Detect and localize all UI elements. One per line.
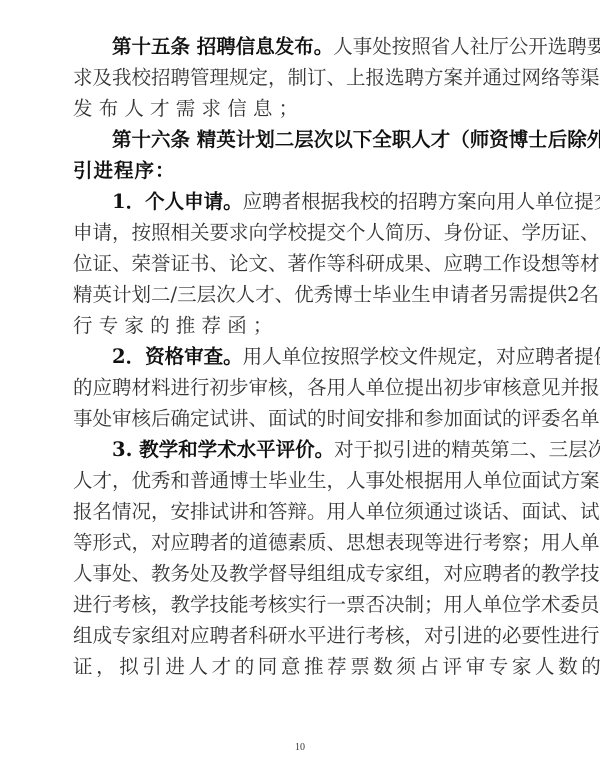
text-line: 证，拟引进人才的同意推荐票数须占评审专家人数的2/3以上， xyxy=(73,651,537,682)
text-line: 申请，按照相关要求向学校提交个人简历、身份证、学历证、学 xyxy=(73,217,537,248)
text-line: 等形式，对应聘者的道德素质、思想表现等进行考察；用人单位、 xyxy=(73,527,537,558)
text-run: 应聘者根据我校的招聘方案向用人单位提交 xyxy=(243,190,600,213)
article-16: 第十六条 精英计划二层次以下全职人才（师资博士后除外） 引进程序： xyxy=(73,124,537,186)
step-3-teaching-academic-evaluation: 3. 教学和学术水平评价。对于拟引进的精英第二、三层次 人才，优秀和普通博士毕业… xyxy=(73,434,537,682)
text-line: 行专家的推荐函； xyxy=(73,310,537,341)
text-line: 引进程序： xyxy=(73,155,537,186)
text-run: 人事处按照省人社厅公开选聘要 xyxy=(333,35,600,58)
text-line: 位证、荣誉证书、论文、著作等科研成果、应聘工作设想等材料； xyxy=(73,248,537,279)
step-1-personal-application: 1．个人申请。应聘者根据我校的招聘方案向用人单位提交 申请，按照相关要求向学校提… xyxy=(73,186,537,341)
text-run: 申请，按照相关要求向学校提交个人简历、身份证、学历证、学 xyxy=(73,221,600,244)
text-line: 进行考核，教学技能考核实行一票否决制；用人单位学术委员会 xyxy=(73,589,537,620)
text-line: 报名情况，安排试讲和答辩。用人单位须通过谈话、面试、试讲 xyxy=(73,496,537,527)
text-run: 进行考核，教学技能考核实行一票否决制；用人单位学术委员会 xyxy=(73,593,600,616)
text-run: 发布人才需求信息； xyxy=(73,97,304,120)
article-heading: 第十五条 招聘信息发布。 xyxy=(112,35,333,58)
text-line: 求及我校招聘管理规定，制订、上报选聘方案并通过网络等渠道 xyxy=(73,62,537,93)
article-heading: 第十六条 精英计划二层次以下全职人才（师资博士后除外） xyxy=(112,128,600,151)
text-line: 组成专家组对应聘者科研水平进行考核，对引进的必要性进行论 xyxy=(73,620,537,651)
text-run: 求及我校招聘管理规定，制订、上报选聘方案并通过网络等渠道 xyxy=(73,66,600,89)
text-run: 对于拟引进的精英第二、三层次 xyxy=(334,438,600,461)
text-line: 2．资格审查。用人单位按照学校文件规定，对应聘者提供 xyxy=(73,341,537,372)
text-line: 人事处、教务处及教学督导组组成专家组，对应聘者的教学技能 xyxy=(73,558,537,589)
text-line: 人才，优秀和普通博士毕业生，人事处根据用人单位面试方案及 xyxy=(73,465,537,496)
text-run: 事处审核后确定试讲、面试的时间安排和参加面试的评委名单； xyxy=(73,407,600,430)
step-2-qualification-review: 2．资格审查。用人单位按照学校文件规定，对应聘者提供 的应聘材料进行初步审核，各… xyxy=(73,341,537,434)
text-run: 精英计划二/三层次人才、优秀博士毕业生申请者另需提供2名同 xyxy=(73,283,600,306)
text-line: 第十五条 招聘信息发布。人事处按照省人社厅公开选聘要 xyxy=(73,31,537,62)
article-heading-cont: 引进程序： xyxy=(73,159,176,182)
text-run: 报名情况，安排试讲和答辩。用人单位须通过谈话、面试、试讲 xyxy=(73,500,600,523)
text-line: 第十六条 精英计划二层次以下全职人才（师资博士后除外） xyxy=(73,124,537,155)
text-run: 的应聘材料进行初步审核，各用人单位提出初步审核意见并报人 xyxy=(73,376,600,399)
text-line: 事处审核后确定试讲、面试的时间安排和参加面试的评委名单； xyxy=(73,403,537,434)
step-heading: 3. 教学和学术水平评价。 xyxy=(112,438,334,461)
text-run: 用人单位按照学校文件规定，对应聘者提供 xyxy=(243,345,600,368)
page-number: 10 xyxy=(0,742,600,753)
text-line: 发布人才需求信息； xyxy=(73,93,537,124)
text-line: 3. 教学和学术水平评价。对于拟引进的精英第二、三层次 xyxy=(73,434,537,465)
text-run: 行专家的推荐函； xyxy=(73,314,279,337)
article-15: 第十五条 招聘信息发布。人事处按照省人社厅公开选聘要 求及我校招聘管理规定，制订… xyxy=(73,31,537,124)
text-line: 精英计划二/三层次人才、优秀博士毕业生申请者另需提供2名同 xyxy=(73,279,537,310)
text-run: 证，拟引进人才的同意推荐票数须占评审专家人数的2/3以上， xyxy=(73,655,600,678)
text-run: 位证、荣誉证书、论文、著作等科研成果、应聘工作设想等材料； xyxy=(73,252,600,275)
text-line: 的应聘材料进行初步审核，各用人单位提出初步审核意见并报人 xyxy=(73,372,537,403)
text-run: 组成专家组对应聘者科研水平进行考核，对引进的必要性进行论 xyxy=(73,624,600,647)
text-run: 人事处、教务处及教学督导组组成专家组，对应聘者的教学技能 xyxy=(73,562,600,585)
text-line: 1．个人申请。应聘者根据我校的招聘方案向用人单位提交 xyxy=(73,186,537,217)
step-heading: 1．个人申请。 xyxy=(112,190,243,213)
text-run: 人才，优秀和普通博士毕业生，人事处根据用人单位面试方案及 xyxy=(73,469,600,492)
step-heading: 2．资格审查。 xyxy=(112,345,243,368)
text-run: 等形式，对应聘者的道德素质、思想表现等进行考察；用人单位、 xyxy=(73,531,600,554)
document-page: 第十五条 招聘信息发布。人事处按照省人社厅公开选聘要 求及我校招聘管理规定，制订… xyxy=(73,31,537,682)
